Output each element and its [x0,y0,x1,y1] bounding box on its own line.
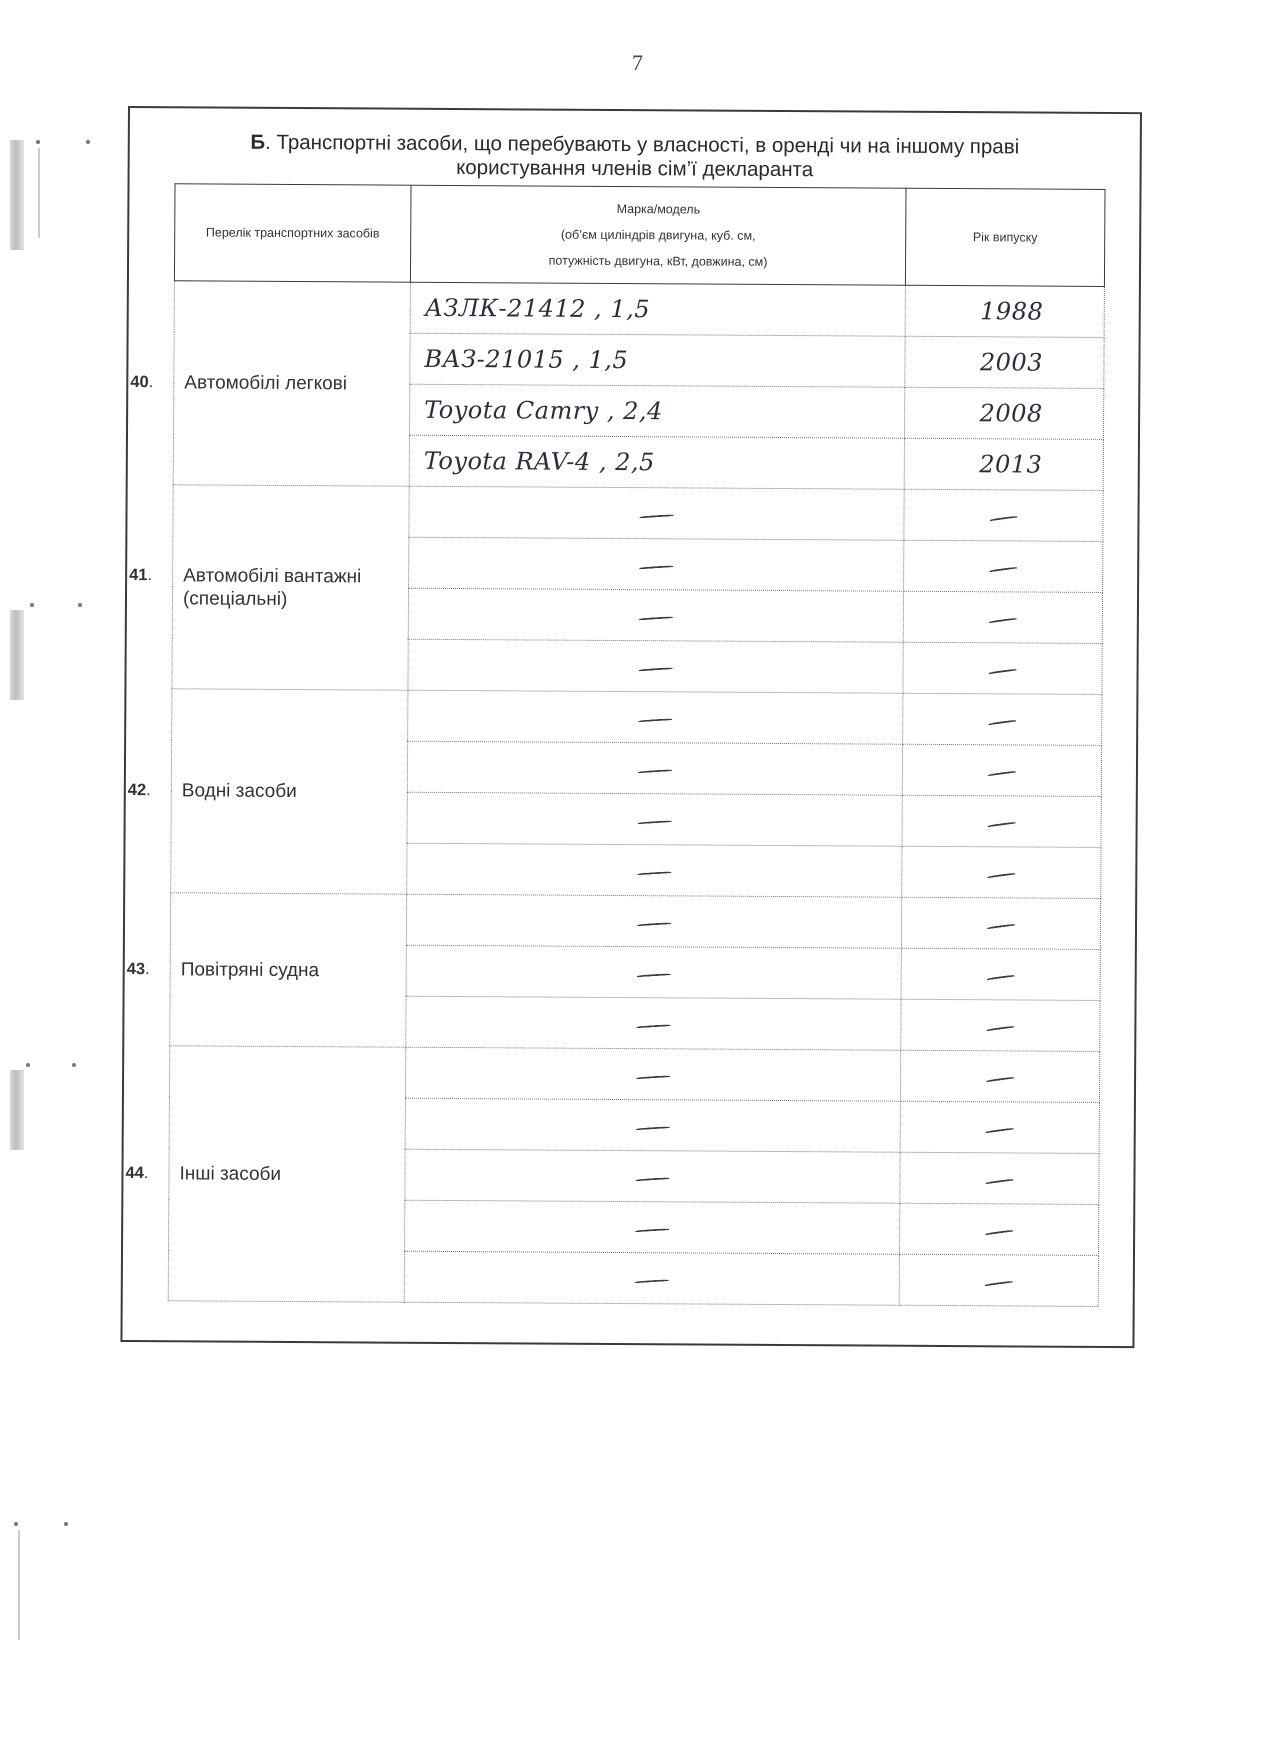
model-cell [405,1098,900,1152]
handwritten-year: 2008 [980,399,1043,427]
model-cell [407,741,902,795]
model-cell [408,588,903,642]
year-cell [901,948,1100,1000]
category-number-dot: . [147,566,152,584]
header-model-line2: (об’єм циліндрів двигуна, куб. см, [561,228,756,243]
table-body: 40.Автомобілі легковіАЗЛК-21412 , 1,5198… [168,281,1104,1307]
handwritten-dash [989,567,1017,573]
model-cell [405,1047,900,1101]
year-cell [902,744,1101,796]
model-cell [407,843,902,897]
scan-artifact [86,140,90,144]
category-number-value: 40 [130,373,148,391]
handwritten-dash [637,871,671,875]
handwritten-dash [988,821,1016,827]
category-label: Інші засоби [179,1163,281,1185]
year-cell [900,1101,1099,1153]
scan-artifact [38,148,40,238]
year-cell [904,540,1103,592]
model-cell [406,894,901,948]
scan-artifact [18,1530,20,1640]
category-number-dot: . [144,1164,149,1182]
section-letter: Б [250,131,265,154]
year-cell: 1988 [905,285,1104,337]
category-cell: 42.Водні засоби [171,689,408,894]
handwritten-dash [639,667,673,671]
year-cell [903,591,1102,643]
year-cell [900,1050,1099,1102]
category-label: Автомобілі легкові [184,372,347,394]
handwritten-dash [639,514,673,518]
handwritten-dash [638,769,672,773]
model-cell [406,945,901,999]
category-label: Автомобілі вантажні (спеціальні) [183,564,383,611]
handwritten-dash [635,1279,669,1283]
handwritten-year: 2003 [980,348,1043,376]
form-section-frame: Б. Транспортні засоби, що перебувають у … [120,106,1142,1348]
model-cell: Toyota Camry , 2,4 [409,384,904,438]
category-number: 44. [125,1162,148,1185]
handwritten-dash [988,719,1016,725]
category-cell: 44.Інші засоби [168,1046,406,1302]
header-model: Марка/модель (об’єм циліндрів двигуна, к… [410,185,906,285]
scan-artifact [36,140,40,144]
year-cell [903,642,1102,694]
handwritten-dash [988,770,1016,776]
model-cell [404,1251,899,1305]
scan-artifact [30,603,34,607]
category-number-value: 41 [129,566,147,584]
category-number: 42. [128,779,151,802]
category-cell: 40.Автомобілі легкові [173,281,410,486]
year-cell: 2008 [904,387,1103,439]
handwritten-dash [985,1178,1013,1184]
handwritten-dash [987,872,1015,878]
handwritten-dash [987,923,1015,929]
category-number: 41. [129,564,152,587]
category-number-value: 44 [125,1164,143,1182]
category-label: Водні засоби [182,780,297,802]
model-cell [408,639,903,693]
handwritten-dash [986,1127,1014,1133]
category-number-value: 42 [128,781,146,799]
model-cell [405,1200,900,1254]
scan-artifact [64,1522,68,1526]
category-number: 43. [127,958,150,981]
category-number-dot: . [145,960,150,978]
handwritten-dash [638,718,672,722]
model-cell [409,537,904,591]
handwritten-dash [636,1024,670,1028]
scan-artifact [26,1063,30,1067]
handwritten-dash [989,668,1017,674]
category-number: 40. [130,371,153,394]
scan-artifact [14,1522,18,1526]
handwritten-dash [985,1229,1013,1235]
handwritten-dash [639,565,673,569]
category-number-dot: . [149,373,154,391]
table-row: 41.Автомобілі вантажні (спеціальні) [173,485,1103,542]
table-header-row: Перелік транспортних засобів Марка/модел… [174,184,1105,287]
scan-artifact [78,603,82,607]
scan-artifact [10,1070,24,1150]
table-row: 40.Автомобілі легковіАЗЛК-21412 , 1,5198… [174,281,1104,338]
handwritten-model: ВАЗ-21015 , 1,5 [424,345,628,374]
handwritten-dash [989,617,1017,623]
handwritten-dash [989,516,1017,522]
scan-artifact [10,610,24,700]
year-cell [901,897,1100,949]
handwritten-dash [636,1126,670,1130]
model-cell [409,486,904,540]
model-cell [405,1149,900,1203]
category-number-dot: . [146,781,151,799]
handwritten-model: Toyota Camry , 2,4 [424,396,663,425]
year-cell: 2003 [905,336,1104,388]
model-cell: АЗЛК-21412 , 1,5 [410,282,905,336]
year-cell [900,1203,1099,1255]
year-cell [902,795,1101,847]
model-cell [406,996,901,1050]
handwritten-year: 1988 [980,297,1043,325]
handwritten-dash [638,820,672,824]
category-cell: 43.Повітряні судна [170,893,407,1047]
model-cell [407,792,902,846]
model-cell: Toyota RAV-4 , 2,5 [409,435,904,489]
table-row: 44.Інші засоби [169,1046,1099,1103]
vehicles-table: Перелік транспортних засобів Марка/модел… [168,183,1106,1307]
scan-artifact [10,140,24,250]
category-cell: 41.Автомобілі вантажні (спеціальні) [172,485,409,690]
section-title-line2: користування членів сім’ї декларанта [456,156,813,181]
year-cell [899,1254,1098,1306]
year-cell: 2013 [904,438,1103,490]
year-cell [903,693,1102,745]
year-cell [902,846,1101,898]
model-cell [408,690,903,744]
category-label: Повітряні судна [181,959,320,981]
scan-artifact [72,1063,76,1067]
handwritten-model: Toyota RAV-4 , 2,5 [424,447,655,476]
handwritten-year: 2013 [979,450,1042,478]
category-number-value: 43 [127,960,145,978]
year-cell [900,1152,1099,1204]
header-category: Перелік транспортних засобів [174,184,411,282]
handwritten-dash [986,1076,1014,1082]
year-cell [901,999,1100,1051]
header-year: Рік випуску [905,188,1105,286]
handwritten-dash [639,616,673,620]
table-row: 43.Повітряні судна [170,893,1100,950]
handwritten-dash [636,1075,670,1079]
section-title-line1: . Транспортні засоби, що перебувають у в… [265,131,1019,159]
table-row: 42.Водні засоби [172,689,1102,746]
header-model-line3: потужність двигуна, кВт, довжина, см) [549,254,768,269]
handwritten-dash [637,922,671,926]
handwritten-model: АЗЛК-21412 , 1,5 [425,294,650,323]
year-cell [904,489,1103,541]
header-model-line1: Марка/модель [617,202,701,217]
handwritten-dash [637,973,671,977]
handwritten-dash [635,1177,669,1181]
section-title: Б. Транспортні засоби, що перебувають у … [130,130,1140,184]
model-cell: ВАЗ-21015 , 1,5 [410,333,905,387]
page-number: 7 [0,50,1275,76]
handwritten-dash [635,1228,669,1232]
handwritten-dash [986,1025,1014,1031]
handwritten-dash [985,1280,1013,1286]
handwritten-dash [987,974,1015,980]
